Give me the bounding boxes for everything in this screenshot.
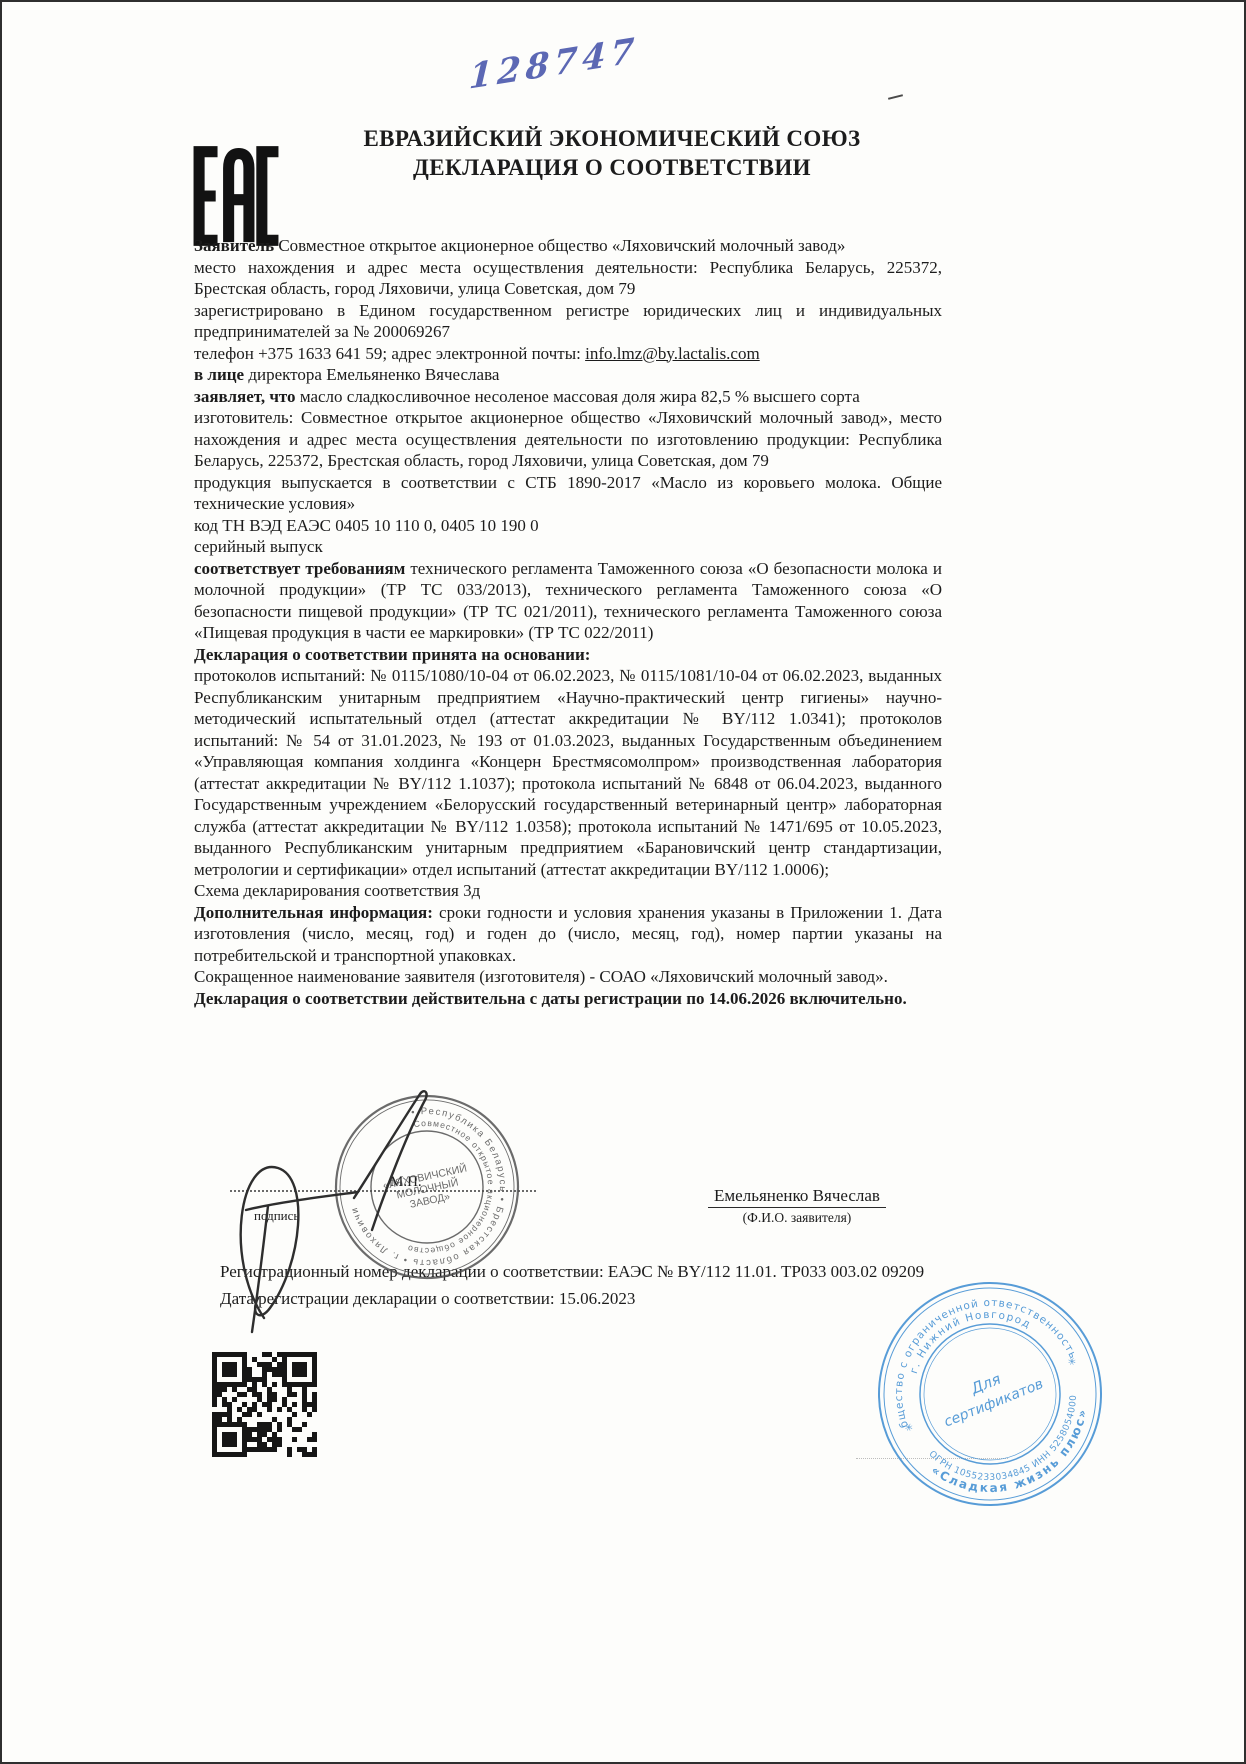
person-label: в лице (194, 365, 244, 384)
paragraph-validity: Декларация о соответствии действительна … (194, 988, 942, 1010)
paragraph-additional: Дополнительная информация: сроки годност… (194, 902, 942, 967)
paragraph-manufacturer: изготовитель: Совместное открытое акцион… (194, 407, 942, 472)
stamp-star-left: ✳ (903, 1422, 915, 1435)
paragraph-complies: соответствует требованиям технического р… (194, 558, 942, 644)
certification-stamp: Общество с ограниченной ответственностью… (870, 1274, 1110, 1514)
document-body: Заявитель Совместное открытое акционерно… (194, 235, 942, 1009)
basis-heading-text: Декларация о соответствии принята на осн… (194, 645, 590, 664)
paragraph-applicant: Заявитель Совместное открытое акционерно… (194, 235, 942, 257)
signer-name: Емельяненко Вячеслав (708, 1186, 886, 1208)
title-line2: ДЕКЛАРАЦИЯ О СООТВЕТСТВИИ (302, 153, 922, 182)
document-page: 128747 ЕВРАЗИЙСКИЙ ЭКОНОМИЧЕСКИЙ СОЮЗ ДЕ… (0, 0, 1246, 1764)
document-title: ЕВРАЗИЙСКИЙ ЭКОНОМИЧЕСКИЙ СОЮЗ ДЕКЛАРАЦИ… (302, 124, 922, 182)
stamp-star-right: ✳ (1066, 1356, 1078, 1369)
complies-label: соответствует требованиям (194, 559, 405, 578)
qr-code (212, 1352, 317, 1457)
paragraph-scheme: Схема декларирования соответствия 3д (194, 880, 942, 902)
scan-mark (888, 94, 903, 100)
handwritten-signature (208, 1080, 448, 1340)
applicant-label: Заявитель (194, 236, 274, 255)
declares-label: заявляет, что (194, 387, 296, 406)
title-line1: ЕВРАЗИЙСКИЙ ЭКОНОМИЧЕСКИЙ СОЮЗ (302, 124, 922, 153)
validity-text: Декларация о соответствии действительна … (194, 989, 907, 1008)
paragraph-contacts: телефон +375 1633 641 59; адрес электрон… (194, 343, 942, 365)
paragraph-registered: зарегистрировано в Едином государственно… (194, 300, 942, 343)
paragraph-person: в лице директора Емельяненко Вячеслава (194, 364, 942, 386)
paragraph-protocols: протоколов испытаний: № 0115/1080/10-04 … (194, 665, 942, 880)
paragraph-short-name: Сокращенное наименование заявителя (изго… (194, 966, 942, 988)
applicant-text: Совместное открытое акционерное общество… (274, 236, 845, 255)
paragraph-tnved-code: код ТН ВЭД ЕАЭС 0405 10 110 0, 0405 10 1… (194, 515, 942, 537)
paragraph-declares: заявляет, что масло сладкосливочное несо… (194, 386, 942, 408)
email-text: info.lmz@by.lactalis.com (585, 344, 760, 363)
signer-block: Емельяненко Вячеслав (Ф.И.О. заявителя) (692, 1186, 902, 1226)
phone-text: телефон +375 1633 641 59; адрес электрон… (194, 344, 585, 363)
person-text: директора Емельяненко Вячеслава (244, 365, 499, 384)
handwritten-number: 128747 (468, 30, 640, 98)
declares-text: масло сладкосливочное несоленое массовая… (296, 387, 860, 406)
paragraph-address: место нахождения и адрес места осуществл… (194, 257, 942, 300)
additional-label: Дополнительная информация: (194, 903, 433, 922)
paragraph-serial: серийный выпуск (194, 536, 942, 558)
paragraph-standard: продукция выпускается в соответствии с С… (194, 472, 942, 515)
paragraph-basis-heading: Декларация о соответствии принята на осн… (194, 644, 942, 666)
signer-caption: (Ф.И.О. заявителя) (692, 1210, 902, 1226)
